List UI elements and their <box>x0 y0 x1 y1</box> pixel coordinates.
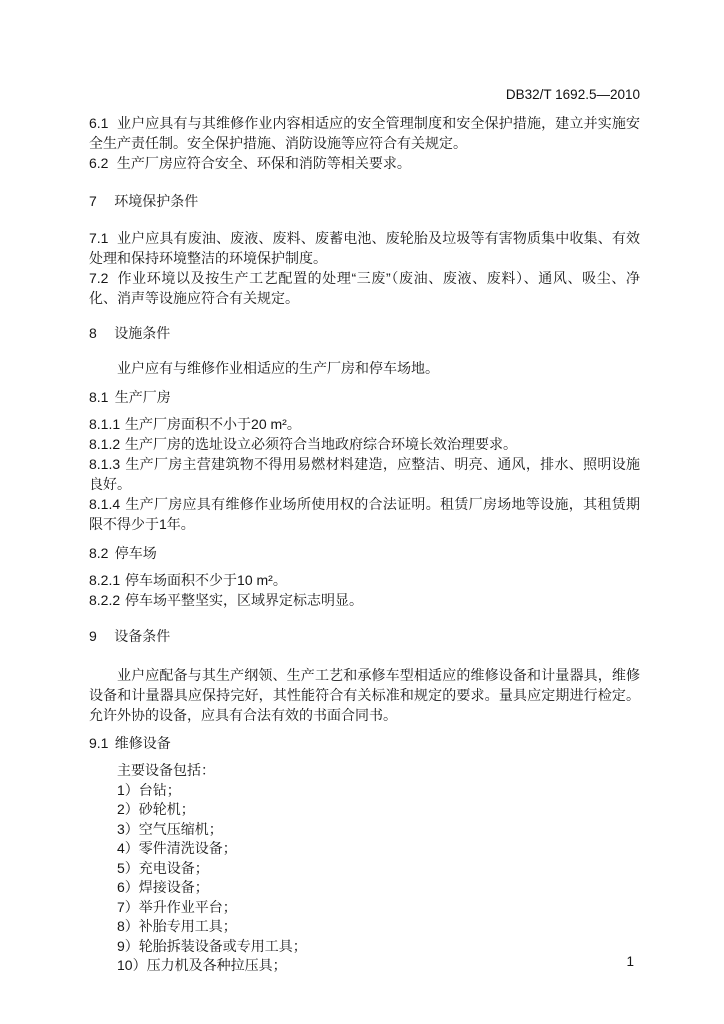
clause-6-2: 6.2生产厂房应符合安全、环保和消防等相关要求。 <box>89 153 640 173</box>
clause-text: 业户应具有与其维修作业内容相适应的安全管理制度和安全保护措施，建立并实施安全生产… <box>89 115 640 151</box>
clause-8-2-2: 8.2.2停车场平整坚实，区域界定标志明显。 <box>89 590 640 610</box>
clause-7-1: 7.1业户应具有废油、废液、废料、废蓄电池、废轮胎及垃圾等有害物质集中收集、有效… <box>89 228 640 268</box>
clause-number: 8.1.4 <box>89 496 120 512</box>
subsection-8-2-heading: 8.2停车场 <box>89 543 640 563</box>
equipment-list-item: 3）空气压缩机； <box>89 820 640 840</box>
equipment-list-item: 7）举升作业平台； <box>89 898 640 918</box>
clause-text: 停车场平整坚实，区域界定标志明显。 <box>125 592 363 608</box>
subsection-title: 维修设备 <box>115 735 171 751</box>
section-9-intro: 业户应配备与其生产纲领、生产工艺和承修车型相适应的维修设备和计量器具，维修设备和… <box>89 665 640 725</box>
doc-code-header: DB32/T 1692.5—2010 <box>89 86 640 103</box>
clause-text: 生产厂房应具有维修作业场所使用权的合法证明。租赁厂房场地等设施，其租赁期限不得少… <box>89 496 640 532</box>
clause-number: 8.1.2 <box>89 436 120 452</box>
clause-8-1-2: 8.1.2生产厂房的选址设立必须符合当地政府综合环境长效治理要求。 <box>89 434 640 454</box>
clause-text: 生产厂房面积不小于20 m²。 <box>125 416 301 432</box>
equipment-list-item: 1）台钻； <box>89 781 640 801</box>
page-content: DB32/T 1692.5—2010 6.1业户应具有与其维修作业内容相适应的安… <box>89 86 640 976</box>
document-page: DB32/T 1692.5—2010 6.1业户应具有与其维修作业内容相适应的安… <box>0 0 724 1024</box>
clause-text: 作业环境以及按生产工艺配置的处理“三废”（废油、废液、废料）、通风、吸尘、净化、… <box>89 270 640 306</box>
section-number: 9 <box>89 628 97 644</box>
section-8-heading: 8设施条件 <box>89 323 640 343</box>
equipment-list-intro: 主要设备包括： <box>89 761 640 781</box>
clause-8-1-1: 8.1.1生产厂房面积不小于20 m²。 <box>89 414 640 434</box>
page-number: 1 <box>626 953 634 971</box>
equipment-list-item: 2）砂轮机； <box>89 800 640 820</box>
subsection-number: 8.2 <box>89 545 108 561</box>
subsection-9-1-heading: 9.1维修设备 <box>89 733 640 753</box>
equipment-list-item: 8）补胎专用工具； <box>89 917 640 937</box>
section-number: 7 <box>89 193 97 209</box>
clause-text: 生产厂房的选址设立必须符合当地政府综合环境长效治理要求。 <box>125 436 517 452</box>
clause-text: 生产厂房应符合安全、环保和消防等相关要求。 <box>117 155 411 171</box>
clause-text: 业户应具有废油、废液、废料、废蓄电池、废轮胎及垃圾等有害物质集中收集、有效处理和… <box>89 230 640 266</box>
equipment-list-item: 6）焊接设备； <box>89 878 640 898</box>
subsection-title: 生产厂房 <box>115 389 171 405</box>
clause-8-2-1: 8.2.1停车场面积不少于10 m²。 <box>89 570 640 590</box>
clause-number: 8.1.3 <box>89 456 120 472</box>
equipment-list-item: 9）轮胎拆装设备或专用工具； <box>89 937 640 957</box>
subsection-8-1-heading: 8.1生产厂房 <box>89 387 640 407</box>
clause-number: 7.2 <box>89 270 108 286</box>
clause-number: 8.2.2 <box>89 592 120 608</box>
clause-6-1: 6.1业户应具有与其维修作业内容相适应的安全管理制度和安全保护措施，建立并实施安… <box>89 113 640 153</box>
clause-text: 停车场面积不少于10 m²。 <box>125 572 287 588</box>
clause-number: 8.2.1 <box>89 572 120 588</box>
clause-number: 8.1.1 <box>89 416 120 432</box>
clause-number: 7.1 <box>89 230 108 246</box>
clause-number: 6.1 <box>89 115 108 131</box>
equipment-list-item: 4）零件清洗设备； <box>89 839 640 859</box>
clause-text: 生产厂房主营建筑物不得用易燃材料建造，应整洁、明亮、通风，排水、照明设施良好。 <box>89 456 640 492</box>
subsection-number: 8.1 <box>89 389 108 405</box>
section-title: 设施条件 <box>114 325 170 341</box>
equipment-list-item: 10）压力机及各种拉压具； <box>89 956 640 976</box>
section-title: 环境保护条件 <box>114 193 198 209</box>
clause-8-1-3: 8.1.3生产厂房主营建筑物不得用易燃材料建造，应整洁、明亮、通风，排水、照明设… <box>89 454 640 494</box>
section-7-heading: 7环境保护条件 <box>89 191 640 211</box>
clause-8-1-4: 8.1.4生产厂房应具有维修作业场所使用权的合法证明。租赁厂房场地等设施，其租赁… <box>89 494 640 534</box>
equipment-list-item: 5）充电设备； <box>89 859 640 879</box>
section-title: 设备条件 <box>114 628 170 644</box>
section-number: 8 <box>89 325 97 341</box>
section-9-heading: 9设备条件 <box>89 626 640 646</box>
subsection-number: 9.1 <box>89 735 108 751</box>
section-8-intro: 业户应有与维修作业相适应的生产厂房和停车场地。 <box>89 358 640 378</box>
subsection-title: 停车场 <box>115 545 157 561</box>
clause-number: 6.2 <box>89 155 108 171</box>
clause-7-2: 7.2作业环境以及按生产工艺配置的处理“三废”（废油、废液、废料）、通风、吸尘、… <box>89 268 640 308</box>
